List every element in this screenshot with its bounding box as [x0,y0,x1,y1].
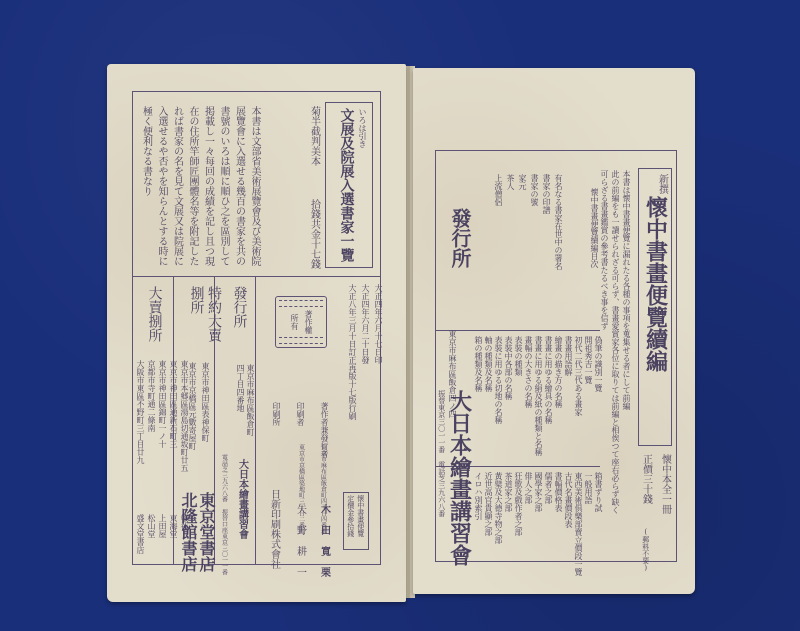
contents-item: 有名なる書家在世中の署名 [553,174,563,270]
agent-name: 東京堂書店 [196,492,216,572]
book-description: 本書は文部省美術展覽會及び美術院 展覽會に入選せる幾百の書家を共の 書號のいろは… [139,106,260,271]
desc-col: 展覽會に入選せる幾百の書家を共の [232,106,245,271]
contents-label: 懷中書畫便覽續編目次 [589,188,599,268]
distributor-address: 東京市神田區通新石町三 [168,360,178,472]
ad-title-main: 懷中書畫便覽續編 [641,196,669,372]
contents-item: 國學家之部 [533,472,543,576]
ad-publisher-name: 大日本繪畫講習會 [445,390,473,566]
distributor-name: 上田屋 [157,514,167,554]
price-stamp-line2: 定價金參拾錢 [346,495,355,537]
distributors-names: 報社 東海堂 上田屋 松山堂 盛文堂書店 [135,514,189,554]
distributor-address: 京都市寺町通二條南 [146,360,156,472]
contents-item: 古代名畫價段表 [563,472,573,576]
contents-item: 畫幅の大きさの名稱 [523,336,533,456]
distributor-name: 東海堂 [168,514,178,554]
contents-item: 茶道家之部 [503,472,513,576]
distributor-name: 報社 [179,514,189,554]
contents-item: 表裝の種類 [513,336,523,456]
contents-list-b: 箱書ずり試 一般用語 東西美術倶樂部賣立價段一覽 古代名畫價段表 書幅價格表 儒… [473,472,603,576]
distributor-address: 東京市本郷區湯島切通坂町廿五 [179,360,189,472]
contents-item: 儒者之部 [543,472,553,576]
book-title-small: いろは引き [357,108,367,148]
book-title-main: 文展及院展入選書家一覽 [337,108,355,262]
price-stamp-line1: 懷中書畫便覽 [356,495,365,537]
contents-item: 書畫に用ゆる絹及紙の種類と名稱 [533,336,543,456]
colophon-divider [255,276,256,565]
distributor-address: 大阪市東區不野町三丁目廿九 [135,360,145,472]
distributor-name: 盛文堂書店 [135,514,145,554]
role-press-label: 印刷所 [271,402,281,426]
contents-item: 家元 [517,174,527,270]
contents-item: 書家の號 [529,174,539,270]
contents-item: 軸の種類及名稱 [483,336,493,456]
desc-col: れば書家の名を見て文展又は院展に [170,106,183,271]
publisher-name: 大日本繪畫講習會 [235,459,248,539]
copyright-seal: 著作權 所有 [275,296,327,348]
role-press-name: 日新印刷株式會社 [267,489,280,569]
contents-item: 表裝に用ゆる切地の名稱 [493,336,503,456]
contents-item: 東西美術倶樂部賣立價段一覽 [573,472,583,576]
colophon-dates: 大正四年六月十七日印 大正四年六月二十日發 大正八年三月十日訂正再版十七版行刷 [347,284,383,420]
contents-item: 一般用語 [583,472,593,576]
date-revised: 大正八年三月十日訂正再版十七版行刷 [347,284,357,420]
distributors-list: 東京市本郷區湯島切通坂町廿五 東京市神田區通新石町三 東京市神田區錦町一ノ十 京… [135,360,189,472]
special-agent-label: 特約大賣捌所 [187,286,222,346]
contents-item: 書畫用語解 [563,336,573,456]
contents-item: 黃檗及大德寺物之部 [493,472,503,576]
contents-item: 初代二代三代ある畫家 [573,336,583,456]
contents-divider-top [435,330,600,331]
ad-description: 本書は懷中書畫便覽に漏れたる各種の事項を蒐集せる者にして前編 此の前編をも一讀せ… [599,170,631,514]
contents-item: 近世高官貴顯之部 [483,472,493,576]
ad-desc-col: 此の前編をも一讀せられざる可らず、書畫愛賞家各位に取りては前編と相俟つて座右必ら… [610,170,620,514]
left-page: いろは引き 文展及院展入選書家一覽 菊半截判美本 拾錢共金十七錢 本書は文部省美… [107,64,406,602]
distributor-address: 東京市神田區錦町一ノ十 [157,360,167,472]
date-published: 大正四年六月二十日發 [360,284,370,420]
desc-col: 入選せるや否やを知らんとする時に [155,106,168,271]
contents-item: 偽筆の識別一覽 [593,336,603,456]
ad-postage: (郵料不要) [641,528,650,572]
contents-item: 箱書ずり試 [593,472,603,576]
contents-item: 茶人 [505,174,515,270]
contents-item: 俳人之部 [523,472,533,576]
desc-col: 在の住所竿師匠團體名等を附記した [186,106,199,271]
desc-col: 本書は文部省美術展覽會及び美術院 [248,106,261,271]
ad-desc-col: 本書は懷中書畫便覽に漏れたる各種の事項を蒐集せる者にして前編 [621,170,631,514]
contents-item: 繪畫の描き方の名稱 [553,336,563,456]
ad-price: 正價三十錢 [639,454,652,504]
agent-address: 東京市神田區表神保町 [200,362,210,442]
contents-item: 箱の種類及名稱 [473,336,483,456]
desc-col: 極く便利なる書なり [139,106,152,271]
role-printer-name: 矢 野 耕 一 [293,504,306,577]
publisher-address: 東京市麻布區飯倉町四丁目四番地 [235,364,255,439]
role-printer-label: 印刷者 [295,402,305,426]
contents-item: 書幅價格表 [553,472,563,576]
ad-publisher-label: 發行所 [447,208,472,268]
book-price: 拾錢共金十七錢 [307,199,320,269]
right-page: 新撰 懷中書畫便覽續編 懷中本全一冊 正價三十錢 (郵料不要) 本書は懷中書畫便… [413,68,695,594]
distributors-label: 大賣捌所 [145,286,163,342]
left-section-divider [132,276,381,277]
publisher-label: 發行所 [230,286,248,328]
contents-item: 表裝中各部の名稱 [503,336,513,456]
desc-col: 書號のいろは順に順ひ之を區別して [217,106,230,271]
ad-title-small: 新撰 [655,174,668,194]
date-printed: 大正四年六月十七日印 [373,284,383,420]
contents-item: 開祖秀吉一覽 [583,336,593,456]
ad-format: 懷中本全一冊 [658,454,671,514]
desc-col: 掲載し一々每回の成績を記し且つ現 [201,106,214,271]
publisher-phone: 電話芝三九六八番 振替口座東京三〇一一番 [220,454,228,575]
ad-publisher-phone: 振替東京三〇一一番 電話芝三九六八番 [437,390,446,517]
role-author-name: 木 田 寬 栗 [317,504,330,577]
contents-upper: 有名なる書家在世中の署名 書家の印譜 書家の號 家元 茶人 上流僧侶 [493,174,563,270]
contents-item: イロハ別索引 [473,472,483,576]
contents-item: 書家の印譜 [541,174,551,270]
contents-item: 狂歌及戲作者之部 [513,472,523,576]
contents-item: 書畫に用ゆる繪具の名稱 [543,336,553,456]
contents-list-a: 偽筆の識別一覽 開祖秀吉一覽 初代二代三代ある畫家 書畫用語解 繪畫の描き方の名… [473,336,603,456]
seal-line1: 著作權 [303,310,313,334]
book-format: 菊半截判美本 [307,106,320,166]
seal-line2: 所有 [289,314,299,330]
contents-item: 上流僧侶 [493,174,503,270]
distributor-name: 松山堂 [146,514,156,554]
